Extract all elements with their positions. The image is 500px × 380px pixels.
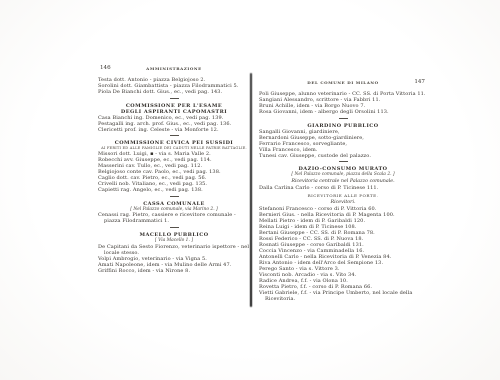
page-left: 146 AMMINISTRAZIONE Testa dott. Antonio … <box>98 66 250 274</box>
page-right: DEL COMUNE DI MILANO 147 Poli Giuseppe, … <box>259 80 427 302</box>
page-gutter-line <box>250 73 252 307</box>
section-divider <box>339 118 348 119</box>
directory-entry: Amati Napoleone, idem - via Mulino delle… <box>98 262 250 268</box>
page-left-header: 146 AMMINISTRAZIONE <box>98 66 250 74</box>
subsection-heading: RICEVITORIE ALLE PORTE. <box>259 193 427 199</box>
directory-entry: Vietti Gabriele, f.f. - via Principe Umb… <box>259 290 427 302</box>
directory-entry: Capietti rag. Angelo, ec., vedi pag. 138… <box>98 187 250 193</box>
directory-entry: Tunesi cav. Giuseppe, custode del palazz… <box>259 153 427 159</box>
running-head-left: AMMINISTRAZIONE <box>98 66 250 71</box>
page-left-body: Testa dott. Antonio - piazza Belgiojoso … <box>98 77 250 274</box>
directory-entry: Piola De Bianchi dott. Gius., ec., vedi … <box>98 89 250 95</box>
page-number-right: 147 <box>414 79 425 85</box>
section-divider <box>339 161 348 162</box>
directory-entry: Cenassi rag. Pietro, cassiere e ricevito… <box>98 212 250 224</box>
directory-entry: De Capitani da Sesto Fiorenzo, veterinar… <box>98 244 250 256</box>
directory-entry: Rosa Giovanni, idem - albergo degli Orso… <box>259 109 427 115</box>
directory-entry: Dalla Carlina Carlo - corso di P. Ticine… <box>259 185 427 191</box>
section-divider <box>170 98 179 99</box>
page-right-header: DEL COMUNE DI MILANO 147 <box>259 80 427 88</box>
running-head-right: DEL COMUNE DI MILANO <box>259 80 427 85</box>
page-right-body: Poli Giuseppe, alunno veterinario - CC. … <box>259 91 427 302</box>
section-divider <box>170 227 179 228</box>
directory-entry: Clericetti prof. ing. Celeste - via Monf… <box>98 127 250 133</box>
directory-entry: Griffini Rocco, idem - via Nirone 8. <box>98 268 250 274</box>
directory-entry: Pestagalli ing. arch. prof. Gius., ec., … <box>98 121 250 127</box>
section-divider <box>170 135 179 136</box>
book-scan: 146 AMMINISTRAZIONE Testa dott. Antonio … <box>0 0 500 380</box>
section-location-note: [ Nel Palazzo comunale, piazza della Sca… <box>259 172 427 178</box>
section-divider <box>170 196 179 197</box>
